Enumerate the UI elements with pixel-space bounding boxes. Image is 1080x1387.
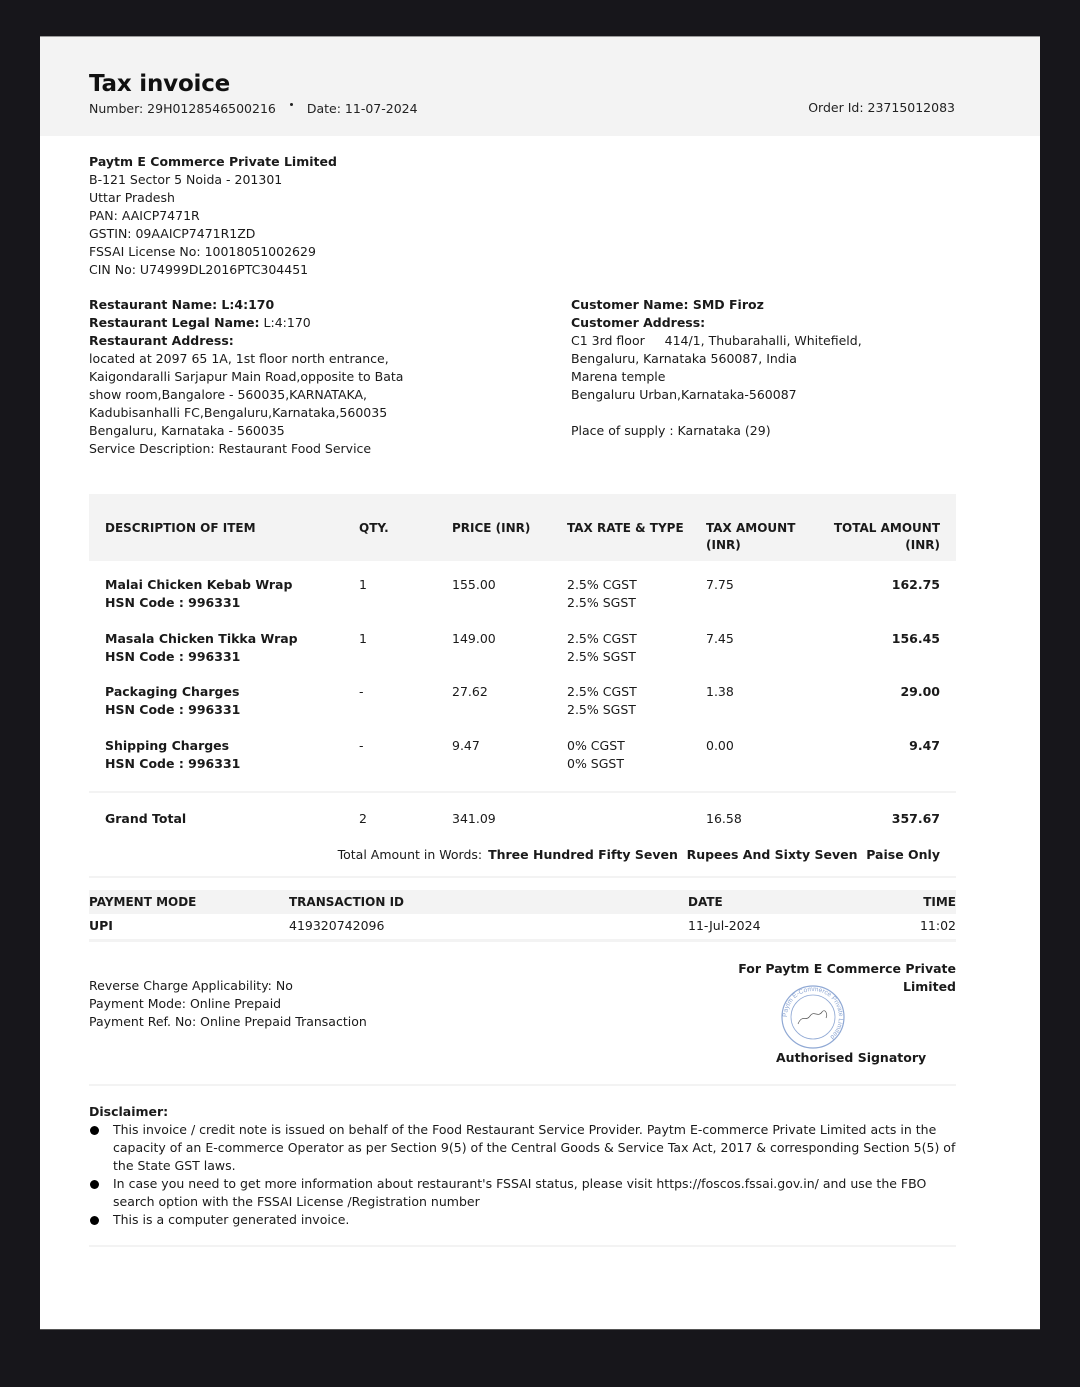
header-transaction-id: TRANSACTION ID	[289, 893, 688, 911]
item-total: 162.75	[816, 576, 940, 612]
grand-total-label: Grand Total	[105, 810, 359, 828]
payment-ref: Payment Ref. No: Online Prepaid Transact…	[89, 1013, 367, 1031]
payment-row: UPI 419320742096 11-Jul-2024 11:02	[89, 914, 956, 942]
divider	[89, 1245, 956, 1247]
customer-address-label: Customer Address:	[571, 314, 971, 332]
restaurant-block: Restaurant Name: L:4:170 Restaurant Lega…	[89, 296, 571, 458]
customer-address-line: Marena temple	[571, 368, 971, 386]
disclaimer-item: In case you need to get more information…	[89, 1175, 956, 1211]
item-description: Masala Chicken Tikka WrapHSN Code : 9963…	[105, 630, 359, 666]
restaurant-name: Restaurant Name: L:4:170	[89, 296, 571, 314]
transaction-id: 419320742096	[289, 917, 688, 935]
customer-name: Customer Name: SMD Firoz	[571, 296, 971, 314]
disclaimer-item: This invoice / credit note is issued on …	[89, 1121, 956, 1175]
invoice-date: Date: 11-07-2024	[307, 101, 418, 116]
item-name: Malai Chicken Kebab Wrap	[105, 576, 359, 594]
place-of-supply: Place of supply : Karnataka (29)	[571, 422, 971, 440]
payment-time: 11:02	[888, 917, 956, 935]
item-description: Shipping ChargesHSN Code : 996331	[105, 737, 359, 773]
item-total: 156.45	[816, 630, 940, 666]
item-hsn: HSN Code : 996331	[105, 755, 359, 773]
disclaimer-title: Disclaimer:	[89, 1103, 956, 1121]
payment-table-header: PAYMENT MODE TRANSACTION ID DATE TIME	[89, 890, 956, 914]
payment-date: 11-Jul-2024	[688, 917, 888, 935]
seller-cin: CIN No: U74999DL2016PTC304451	[89, 261, 991, 279]
disclaimer: Disclaimer: This invoice / credit note i…	[89, 1103, 956, 1229]
amount-in-words: Total Amount in Words: Three Hundred Fif…	[89, 846, 956, 864]
disclaimer-item: This is a computer generated invoice.	[89, 1211, 956, 1229]
item-total: 9.47	[816, 737, 940, 773]
item-hsn: HSN Code : 996331	[105, 648, 359, 666]
restaurant-address-line: Kadubisanhalli FC,Bengaluru,Karnataka,56…	[89, 404, 571, 422]
item-qty: 1	[359, 630, 452, 666]
payment-mode-note: Payment Mode: Online Prepaid	[89, 995, 367, 1013]
invoice-page: Tax invoice Number: 29H0128546500216 Dat…	[40, 36, 1040, 1330]
restaurant-address-label: Restaurant Address:	[89, 332, 571, 350]
item-hsn: HSN Code : 996331	[105, 594, 359, 612]
seller-fssai: FSSAI License No: 10018051002629	[89, 243, 991, 261]
header-tax-amount: TAX AMOUNT (INR)	[706, 520, 816, 561]
header-payment-mode: PAYMENT MODE	[89, 893, 289, 911]
grand-total-price: 341.09	[452, 810, 567, 828]
item-qty: -	[359, 683, 452, 719]
grand-total-row: Grand Total 2 341.09 16.58 357.67	[89, 810, 956, 828]
divider	[89, 876, 956, 878]
page-title: Tax invoice	[89, 70, 991, 98]
payment-table: PAYMENT MODE TRANSACTION ID DATE TIME UP…	[89, 890, 956, 942]
item-tax-amount: 1.38	[706, 683, 816, 719]
grand-total-amount: 357.67	[816, 810, 940, 828]
header-price: PRICE (INR)	[452, 520, 567, 561]
invoice-number: Number: 29H0128546500216	[89, 101, 276, 116]
item-total: 29.00	[816, 683, 940, 719]
item-price: 155.00	[452, 576, 567, 612]
restaurant-address-line: Kaigondaralli Sarjapur Main Road,opposit…	[89, 368, 571, 386]
seller-line: Uttar Pradesh	[89, 189, 991, 207]
item-tax-type: 2.5% CGST2.5% SGST	[567, 630, 706, 666]
header-description: DESCRIPTION OF ITEM	[105, 520, 359, 561]
items-table-header: DESCRIPTION OF ITEM QTY. PRICE (INR) TAX…	[89, 494, 956, 561]
item-tax-amount: 7.45	[706, 630, 816, 666]
grand-total-tax: 16.58	[706, 810, 816, 828]
restaurant-address-line: located at 2097 65 1A, 1st floor north e…	[89, 350, 571, 368]
table-row: Malai Chicken Kebab WrapHSN Code : 99633…	[89, 576, 956, 612]
table-row: Masala Chicken Tikka WrapHSN Code : 9963…	[89, 630, 956, 666]
item-hsn: HSN Code : 996331	[105, 701, 359, 719]
item-tax-type: 0% CGST0% SGST	[567, 737, 706, 773]
payment-notes: Reverse Charge Applicability: No Payment…	[89, 960, 367, 1070]
item-price: 27.62	[452, 683, 567, 719]
items-table: DESCRIPTION OF ITEM QTY. PRICE (INR) TAX…	[89, 494, 956, 864]
item-description: Malai Chicken Kebab WrapHSN Code : 99633…	[105, 576, 359, 612]
header-total-amount: TOTAL AMOUNT (INR)	[816, 520, 940, 561]
item-name: Shipping Charges	[105, 737, 359, 755]
grand-total-qty: 2	[359, 810, 452, 828]
invoice-header: Tax invoice Number: 29H0128546500216 Dat…	[40, 37, 1040, 136]
service-description: Service Description: Restaurant Food Ser…	[89, 440, 571, 458]
seller-block: Paytm E Commerce Private Limited B-121 S…	[89, 153, 991, 279]
bullet-separator-icon	[290, 103, 293, 106]
seller-line: B-121 Sector 5 Noida - 201301	[89, 171, 991, 189]
item-qty: -	[359, 737, 452, 773]
item-price: 9.47	[452, 737, 567, 773]
divider	[89, 1084, 956, 1086]
header-qty: QTY.	[359, 520, 452, 561]
items-table-body: Malai Chicken Kebab WrapHSN Code : 99633…	[89, 561, 956, 793]
customer-address-line: Bengaluru Urban,Karnataka-560087	[571, 386, 971, 404]
company-stamp-icon: Paytm E-Commerce Private Limited	[780, 984, 846, 1050]
item-name: Masala Chicken Tikka Wrap	[105, 630, 359, 648]
seller-pan: PAN: AAICP7471R	[89, 207, 991, 225]
seller-gstin: GSTIN: 09AAICP7471R1ZD	[89, 225, 991, 243]
table-row: Packaging ChargesHSN Code : 996331-27.62…	[89, 683, 956, 719]
item-tax-type: 2.5% CGST2.5% SGST	[567, 576, 706, 612]
item-qty: 1	[359, 576, 452, 612]
signatory-block: For Paytm E Commerce Private Limited Pay…	[696, 960, 956, 1070]
item-description: Packaging ChargesHSN Code : 996331	[105, 683, 359, 719]
item-tax-type: 2.5% CGST2.5% SGST	[567, 683, 706, 719]
restaurant-address-line: Bengaluru, Karnataka - 560035	[89, 422, 571, 440]
header-date: DATE	[688, 893, 888, 911]
authorised-signatory: Authorised Signatory	[776, 1049, 926, 1067]
reverse-charge: Reverse Charge Applicability: No	[89, 977, 367, 995]
customer-block: Customer Name: SMD Firoz Customer Addres…	[571, 296, 971, 458]
order-id: Order Id: 23715012083	[808, 100, 955, 115]
customer-address-line: Bengaluru, Karnataka 560087, India	[571, 350, 971, 368]
seller-name: Paytm E Commerce Private Limited	[89, 153, 991, 171]
item-tax-amount: 0.00	[706, 737, 816, 773]
restaurant-address-line: show room,Bangalore - 560035,KARNATAKA,	[89, 386, 571, 404]
header-tax-type: TAX RATE & TYPE	[567, 520, 706, 561]
customer-address-line: C1 3rd floor 414/1, Thubarahalli, Whitef…	[571, 332, 971, 350]
header-time: TIME	[888, 893, 956, 911]
item-name: Packaging Charges	[105, 683, 359, 701]
restaurant-legal-name: Restaurant Legal Name: L:4:170	[89, 314, 571, 332]
table-row: Shipping ChargesHSN Code : 996331-9.470%…	[89, 737, 956, 773]
payment-mode: UPI	[89, 917, 289, 935]
item-tax-amount: 7.75	[706, 576, 816, 612]
item-price: 149.00	[452, 630, 567, 666]
